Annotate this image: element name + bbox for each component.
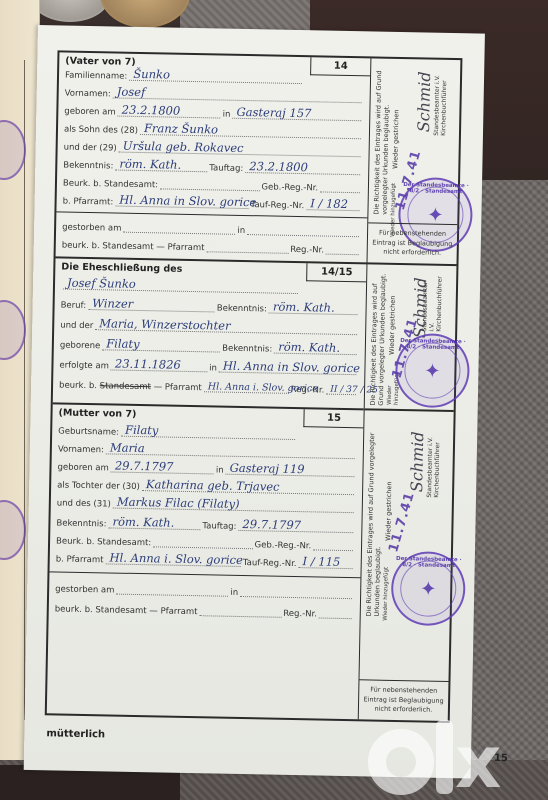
handwritten-value: röm. Kath. xyxy=(119,157,181,172)
field-label: Geburtsname: xyxy=(58,426,119,439)
handwritten-value: röm. Kath. xyxy=(278,340,340,355)
handwritten-value: Markus Filac (Filaty) xyxy=(117,495,240,511)
handwritten-value: Gasteraj 157 xyxy=(236,105,311,120)
main-column: (Vater von 7) 14 Familienname: Šunko Vor… xyxy=(47,52,372,719)
field-label: Familienname: xyxy=(65,71,128,84)
field-label: geboren am xyxy=(64,107,116,120)
ancestor-number: 15 xyxy=(303,409,363,428)
handwritten-value: röm. Kath. xyxy=(273,300,335,315)
no-certification-note: Für nebenstehenden Eintrag ist Beglaubig… xyxy=(368,222,458,264)
field-label: als Tochter der (30) xyxy=(57,480,140,494)
field-label: Bekenntnis: xyxy=(222,344,272,357)
field-label: beurk. b. Standesamt — Pfarramt xyxy=(62,240,205,255)
father-death-section: gestorben am in beurk. b. Standesamt — P… xyxy=(56,212,368,264)
field-label: gestorben am xyxy=(55,584,115,597)
section-header: Die Eheschließung des xyxy=(61,261,182,274)
field-label: geboren am xyxy=(57,462,109,475)
field-label: in xyxy=(230,588,238,600)
field-pfarramt: b. Pfarramt Hl. Anna i. Slov. gorice Tau… xyxy=(56,550,355,572)
field-label: in xyxy=(209,363,217,375)
father-section: (Vater von 7) 14 Familienname: Šunko Vor… xyxy=(56,52,370,218)
field-label: Reg.-Nr. xyxy=(290,245,324,258)
field-label: b. Pfarramt: xyxy=(62,197,113,210)
certification-text: Die Richtigkeit des Eintrages wird auf G… xyxy=(365,416,385,616)
official-signature: Schmid xyxy=(407,431,427,492)
handwritten-value: Maria, Winzerstochter xyxy=(99,316,231,333)
field-label: Reg.-Nr. xyxy=(283,609,317,622)
handwritten-value: Hl. Anna i. Slov. gorice xyxy=(109,550,243,567)
official-round-stamp: Der Standesbeamte · 8/2 · Standesamt ✦ xyxy=(391,551,466,626)
signer-title: Standesbeamter i.V. Kirchenbuchführer xyxy=(426,418,442,498)
field-und-des: und des (31) Markus Filac (Filaty) xyxy=(57,494,356,516)
no-certification-note: Für nebenstehenden Eintrag ist Beglaubig… xyxy=(359,679,449,721)
marriage-section: Die Eheschließung des 14/15 Josef Šunko … xyxy=(53,258,367,410)
certification-text: Die Richtigkeit des Eintrages wird auf G… xyxy=(369,270,388,405)
certification-text: Die Richtigkeit des Eintrages wird auf G… xyxy=(372,64,391,214)
field-label: Bekenntnis: xyxy=(217,303,267,316)
burlap-cloth xyxy=(470,180,548,800)
handwritten-value: 23.11.1826 xyxy=(115,357,181,372)
handwritten-value: I / 182 xyxy=(310,196,348,211)
watermark-letter-o xyxy=(368,729,434,795)
field-pfarramt: b. Pfarramt: Hl. Anna in Slov. gorice Ta… xyxy=(62,193,361,215)
marriage-certification-cell: Die Richtigkeit des Eintrages wird auf G… xyxy=(365,264,457,412)
field-label: geborene xyxy=(60,340,101,353)
olx-watermark: x xyxy=(368,726,501,798)
field-label: Vornamen: xyxy=(65,89,111,102)
field-label: gestorben am xyxy=(62,223,122,236)
field-label: erfolgte am xyxy=(59,360,109,373)
field-erfolgte: erfolgte am 23.11.1826 in Hl. Anna in Sl… xyxy=(59,356,358,378)
handwritten-value: Josef xyxy=(117,85,146,100)
field-label: in xyxy=(237,226,245,238)
field-und-der: und der Maria, Winzerstochter xyxy=(60,316,359,338)
handwritten-value: 29.7.1797 xyxy=(242,517,301,532)
gold-coin xyxy=(100,0,190,28)
purple-stamp-fragment xyxy=(0,120,26,180)
field-label: beurk. b. xyxy=(59,380,97,393)
watermark-letter-l xyxy=(436,720,453,794)
field-label: Bekenntnis: xyxy=(63,161,113,174)
handwritten-value: Winzer xyxy=(92,296,133,311)
handwritten-value: Hl. Anna in Slov. gorice xyxy=(119,193,256,210)
handwritten-value: 29.7.1797 xyxy=(115,459,174,474)
wieder-gestrichen-label: Wieder gestrichen xyxy=(391,99,400,169)
mother-death-section: gestorben am in beurk. b. Standesamt — P… xyxy=(49,572,361,628)
stamp-ring-text: Der Standesbeamte · 8/2 · Standesamt xyxy=(398,338,468,351)
handwritten-value: Franz Šunko xyxy=(144,121,218,136)
official-round-stamp: Der Standesbeamte · 8/2 · Standesamt ✦ xyxy=(395,333,470,408)
field-label: in xyxy=(216,465,224,477)
handwritten-value: 23.2.1800 xyxy=(122,103,181,118)
field-label: — Pfarramt xyxy=(153,382,201,395)
field-label: Tauf-Reg.-Nr. xyxy=(243,558,297,571)
field-label: Tauftag: xyxy=(202,521,236,534)
handwritten-value: Hl. Anna i. Slov. gorice xyxy=(208,381,318,394)
watermark-letter-x: x xyxy=(455,726,501,798)
field-label: Tauftag: xyxy=(209,163,243,176)
certification-column: Die Richtigkeit des Eintrages wird auf G… xyxy=(359,58,461,721)
wieder-gestrichen-label: Wieder gestrichen xyxy=(388,295,397,355)
field-beurkundung: beurk. b. Standesamt — Pfarramt Hl. Anna… xyxy=(59,376,358,398)
silver-coin xyxy=(30,0,110,22)
field-beruf: Beruf: Winzer Bekenntnis: röm. Kath. xyxy=(60,296,359,318)
stamp-ring-text: Der Standesbeamte · 8/2 · Standesamt xyxy=(394,556,464,569)
field-label: in xyxy=(223,110,231,122)
field-label: Geb.-Reg.-Nr. xyxy=(261,182,318,195)
father-certification-cell: Die Richtigkeit des Eintrages wird auf G… xyxy=(367,58,460,266)
ancestor-number: 14/15 xyxy=(306,263,366,282)
struck-label: Standesamt xyxy=(100,381,151,394)
handwritten-value: Uršula geb. Rokavec xyxy=(123,139,244,155)
field-geborene: geborene Filaty Bekenntnis: röm. Kath. xyxy=(60,336,359,358)
handwritten-value: Hl. Anna in Slov. gorice xyxy=(223,359,360,376)
field-label: als Sohn des (28) xyxy=(64,125,138,138)
field-label: Bekenntnis: xyxy=(56,518,106,531)
field-beurkundung: beurk. b. Standesamt — Pfarramt Reg.-Nr. xyxy=(62,236,361,258)
handwritten-value: Katharina geb. Trjavec xyxy=(146,477,280,494)
handwritten-value: Šunko xyxy=(133,67,170,82)
handwritten-value: Josef Šunko xyxy=(67,276,136,291)
field-label: Tauf-Reg.-Nr. xyxy=(250,200,304,213)
section-header: (Mutter von 7) xyxy=(58,407,136,419)
purple-stamp-fragment xyxy=(0,300,26,360)
mother-certification-cell: Die Richtigkeit des Eintrages wird auf G… xyxy=(359,410,454,721)
field-label: beurk. b. Standesamt — Pfarramt xyxy=(55,604,198,619)
handwritten-value: 23.2.1800 xyxy=(249,159,308,174)
signer-title: Standesbeamter i.V. Kirchenbuchführer xyxy=(433,66,449,136)
mother-section: (Mutter von 7) 15 Geburtsname: Filaty Vo… xyxy=(49,404,363,578)
field-label: Beurk. b. Standesamt: xyxy=(63,179,158,193)
stamp-ring-text: Der Standesbeamte · 8/2 · Standesamt xyxy=(401,182,471,195)
field-label: und des (31) xyxy=(57,498,111,511)
field-label: Vornamen: xyxy=(58,444,104,457)
field-label: Beurk. b. Standesamt: xyxy=(56,536,151,550)
field-label: Beruf: xyxy=(60,300,86,312)
field-beurkundung: beurk. b. Standesamt — Pfarramt Reg.-Nr. xyxy=(55,600,354,622)
lineage-label: mütterlich xyxy=(46,728,105,740)
field-label: und der xyxy=(60,320,93,333)
handwritten-value: I / 115 xyxy=(302,554,340,569)
field-gestorben: gestorben am in xyxy=(55,580,354,602)
field-label: und der (29) xyxy=(64,143,117,156)
purple-stamp-fragment xyxy=(0,500,26,560)
field-label: b. Pfarramt xyxy=(56,554,104,567)
ahnenpass-page: (Vater von 7) 14 Familienname: Šunko Vor… xyxy=(24,25,485,778)
handwritten-value: Gasteraj 119 xyxy=(230,461,305,476)
official-signature: Schmid xyxy=(414,71,434,132)
handwritten-value: Maria xyxy=(110,440,145,455)
field-label: Geb.-Reg.-Nr. xyxy=(254,540,311,553)
form-frame: (Vater von 7) 14 Familienname: Šunko Vor… xyxy=(45,50,463,723)
handwritten-value: Filaty xyxy=(125,423,159,438)
signer-title: Standesbeamter i.V. Kirchenbuchführer xyxy=(422,271,445,331)
handwritten-value: röm. Kath. xyxy=(112,515,174,530)
handwritten-value: Filaty xyxy=(106,336,140,351)
wieder-hinzugefuegt-label: Wieder hinzugefügt xyxy=(383,551,391,621)
